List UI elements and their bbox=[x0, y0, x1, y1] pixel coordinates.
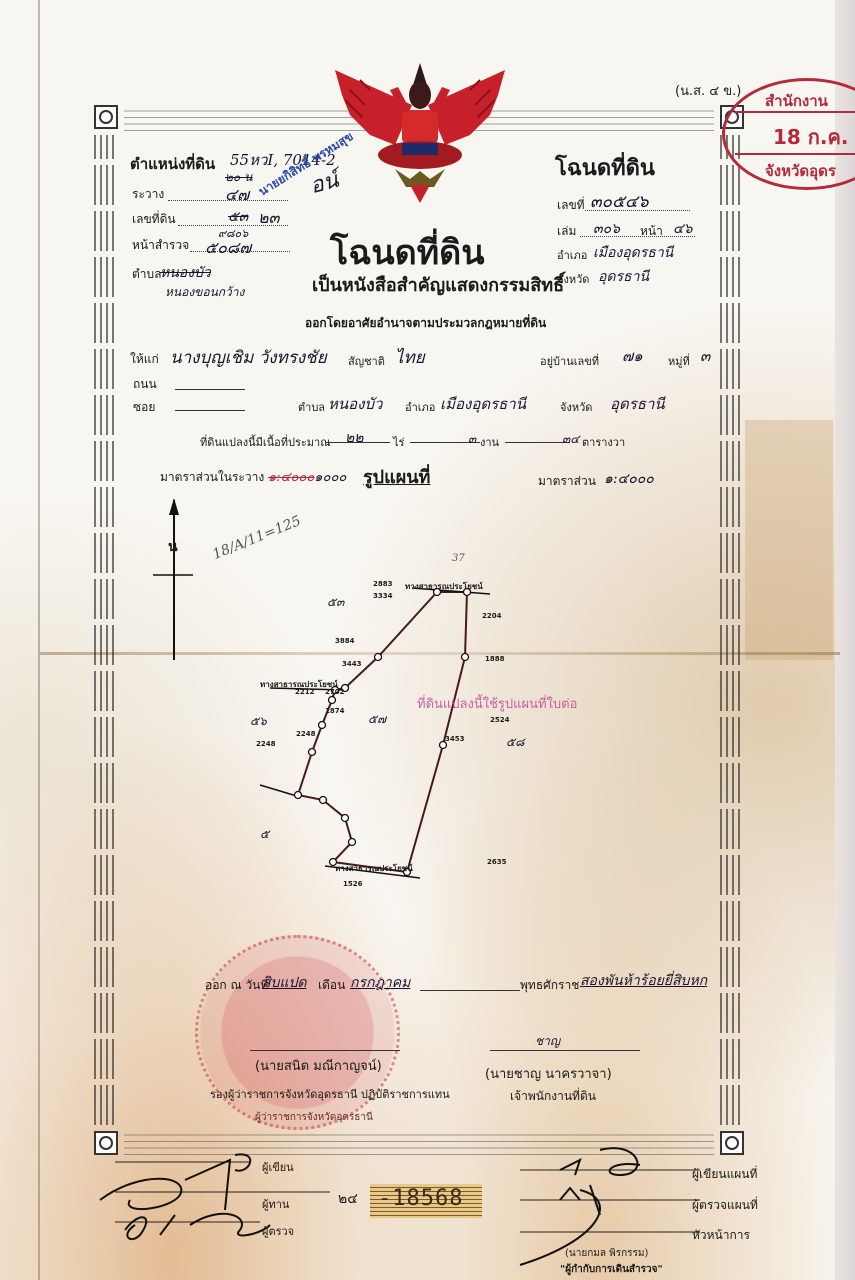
house-no-value: ๗๑ bbox=[622, 344, 643, 368]
boundary-marker-label: 1888 bbox=[485, 655, 504, 663]
boundary-marker-label: 3884 bbox=[335, 637, 354, 645]
month-label: เดือน bbox=[318, 976, 345, 995]
survey-head-name: (นายกมล พิรกรรม) bbox=[565, 1246, 648, 1261]
boundary-marker-label: 2212 bbox=[295, 688, 314, 696]
deed-subtitle: เป็นหนังสือสำคัญแสดงกรรมสิทธิ์ bbox=[312, 270, 564, 299]
map-scale-value: ๑:๔๐๐๐ bbox=[604, 468, 654, 490]
serial-number: -18568 bbox=[378, 1186, 463, 1211]
microtext-right bbox=[720, 135, 744, 1125]
adjacent-parcel-number: ๕๗ bbox=[368, 710, 386, 729]
issued-month: กรกฎาคม bbox=[350, 972, 410, 994]
sq-wa-label: ตารางวา bbox=[582, 433, 625, 451]
boundary-marker-label: 3334 bbox=[373, 592, 392, 600]
background-edge bbox=[835, 0, 855, 1280]
owner-label: ให้แก่ bbox=[130, 350, 159, 369]
map-writer-label: ผู้เขียนแผนที่ bbox=[692, 1165, 757, 1184]
microtext-bottom bbox=[124, 1129, 714, 1155]
parcel-value: ๒๓ bbox=[258, 206, 279, 231]
moo-label: หมู่ที่ bbox=[668, 352, 690, 370]
boundary-marker-label: 2248 bbox=[296, 730, 315, 738]
verifier-label: ผู้ตรวจ bbox=[262, 1222, 294, 1240]
deed-title-right: โฉนดที่ดิน bbox=[555, 150, 655, 185]
map-checker-label: ผู้ตรวจแผนที่ bbox=[692, 1196, 758, 1215]
form-code: (น.ส. ๔ ข.) bbox=[675, 80, 741, 101]
nationality-label: สัญชาติ bbox=[348, 352, 385, 370]
subdistrict-struck: หนองบัว bbox=[160, 262, 211, 284]
ornament-corner-icon bbox=[94, 105, 118, 129]
book-value: ๓๐๖ bbox=[593, 218, 620, 240]
governor-deputy-name: (นายสนิด มณีกาญจน์) bbox=[255, 1055, 382, 1076]
ornament-corner-icon bbox=[720, 1131, 744, 1155]
adjacent-parcel-number: ๕๓ bbox=[327, 593, 344, 612]
head-label: หัวหน้าการ bbox=[692, 1226, 750, 1245]
stamp-province-text: จังหวัดอุดร bbox=[765, 159, 836, 183]
stamp-office-text: สำนักงาน bbox=[765, 89, 828, 113]
area-sq-wa: ๓๔ bbox=[562, 430, 579, 449]
year-label: พุทธศักราช bbox=[520, 976, 579, 995]
boundary-marker-label: 2635 bbox=[487, 858, 506, 866]
boundary-marker-label: 1526 bbox=[343, 880, 362, 888]
owner-subdistrict-value: หนองบัว bbox=[328, 392, 382, 416]
sheet-value: ๔๗ bbox=[225, 183, 249, 208]
land-officer-signature: ชาญ bbox=[535, 1032, 560, 1051]
nationality-value: ไทย bbox=[395, 344, 425, 371]
moo-value: ๓ bbox=[700, 344, 710, 368]
writer-label: ผู้เขียน bbox=[262, 1158, 294, 1176]
microtext-top bbox=[124, 105, 714, 131]
province-value: อุดรธานี bbox=[598, 266, 649, 288]
map-title: รูปแผนที่ bbox=[363, 462, 430, 491]
boundary-marker-label: 3453 bbox=[445, 735, 464, 743]
subdistrict-value: หนองขอนกว้าง bbox=[165, 283, 244, 302]
issued-year: สองพันห้าร้อยยี่สิบหก bbox=[580, 970, 707, 992]
survey-page-label: หน้าสำรวจ bbox=[132, 236, 189, 255]
road-label-bottom: ทางสาธารณประโยชน์ bbox=[335, 862, 413, 875]
north-label: น bbox=[168, 536, 178, 558]
paper-edge-left bbox=[38, 0, 40, 1280]
continuation-sheet-note: ที่ดินแปลงนี้ใช้รูปแผนที่ใบต่อ bbox=[417, 693, 577, 714]
road-blank bbox=[175, 389, 245, 390]
owner-district-label: อำเภอ bbox=[405, 398, 435, 416]
ngan-label: งาน bbox=[480, 433, 499, 451]
page-label: หน้า bbox=[640, 222, 663, 241]
boundary-marker-label: 2702 bbox=[325, 688, 344, 696]
survey-head-role: "ผู้กำกับการเดินสำรวจ" bbox=[560, 1262, 663, 1277]
position-label: ตำแหน่งที่ดิน bbox=[130, 152, 215, 176]
area-label: ที่ดินแปลงนี้มีเนื้อที่ประมาณ bbox=[200, 433, 330, 451]
issued-by-law: ออกโดยอาศัยอำนาจตามประมวลกฎหมายที่ดิน bbox=[305, 314, 546, 333]
owner-subdistrict-label: ตำบล bbox=[298, 398, 325, 416]
owner-district-value: เมืองอุดรธานี bbox=[440, 392, 526, 416]
land-officer-name: (นายชาญ นาครวาจา) bbox=[485, 1063, 612, 1084]
stamp-date: 18 ก.ค. bbox=[773, 121, 848, 153]
district-value: เมืองอุดรธานี bbox=[593, 242, 673, 264]
map-scale-label: มาตราส่วน bbox=[538, 472, 596, 491]
boundary-marker-label: 1874 bbox=[325, 707, 344, 715]
subdistrict-label: ตำบล bbox=[132, 265, 162, 284]
district-label: อำเภอ bbox=[557, 246, 587, 264]
owner-name: นางบุญเชิม วังทรงชัย bbox=[170, 344, 327, 371]
page-value: ๔๖ bbox=[673, 218, 692, 240]
road-label-top: ทางสาธารณประโยชน์ bbox=[405, 580, 483, 593]
rai-label: ไร่ bbox=[393, 433, 404, 451]
deed-number: ๓๐๕๔๖ bbox=[590, 188, 649, 215]
land-officer-title: เจ้าพนักงานที่ดิน bbox=[510, 1087, 596, 1106]
governor-deputy-title: รองผู้ว่าราชการจังหวัดอุดรธานี ปฏิบัติรา… bbox=[210, 1085, 450, 1103]
adjacent-parcel-number: ๕๖ bbox=[250, 712, 267, 731]
issued-date-label: ออก ณ วันที่ bbox=[205, 976, 268, 995]
boundary-marker-label: 2204 bbox=[482, 612, 501, 620]
owner-province-value: อุดรธานี bbox=[610, 392, 665, 416]
road-label: ถนน bbox=[133, 375, 157, 394]
boundary-marker-label: 2524 bbox=[490, 716, 509, 724]
sheet-label: ระวาง bbox=[132, 185, 164, 204]
boundary-marker-label: 2248 bbox=[256, 740, 275, 748]
survey-page-value: ๕๐๘๗ bbox=[205, 236, 251, 261]
area-rai: ๒๒ bbox=[345, 427, 363, 449]
adjacent-parcel-number: ๕๘ bbox=[506, 733, 524, 752]
grid-scale-value: ๑:๔๐๐๐๑๐๐๐ bbox=[268, 466, 346, 487]
house-no-label: อยู่บ้านเลขที่ bbox=[540, 352, 599, 370]
number-label: เลขที่ bbox=[557, 196, 585, 215]
serial-prefix: ๒๔ bbox=[338, 1188, 358, 1210]
governor-title: ผู้ว่าราชการจังหวัดอุดรธานี bbox=[255, 1110, 373, 1125]
ornament-corner-icon bbox=[94, 1131, 118, 1155]
parcel-label: เลขที่ดิน bbox=[132, 210, 176, 229]
soi-label: ซอย bbox=[133, 398, 155, 417]
book-label: เล่ม bbox=[557, 222, 576, 241]
boundary-marker-label: 2883 bbox=[373, 580, 392, 588]
owner-province-label: จังหวัด bbox=[560, 398, 592, 416]
issued-day: สิบแปด bbox=[262, 972, 306, 994]
adjacent-parcel-number: ๕ bbox=[260, 825, 269, 844]
grid-scale-label: มาตราส่วนในระวาง bbox=[160, 468, 264, 487]
area-ngan: ๓ bbox=[468, 430, 476, 449]
boundary-marker-label: 3443 bbox=[342, 660, 361, 668]
map-annotation-top: 37 bbox=[452, 553, 465, 564]
microtext-left bbox=[94, 135, 118, 1125]
checker-label: ผู้ทาน bbox=[262, 1195, 289, 1213]
soi-blank bbox=[175, 410, 245, 411]
stain bbox=[745, 420, 833, 660]
